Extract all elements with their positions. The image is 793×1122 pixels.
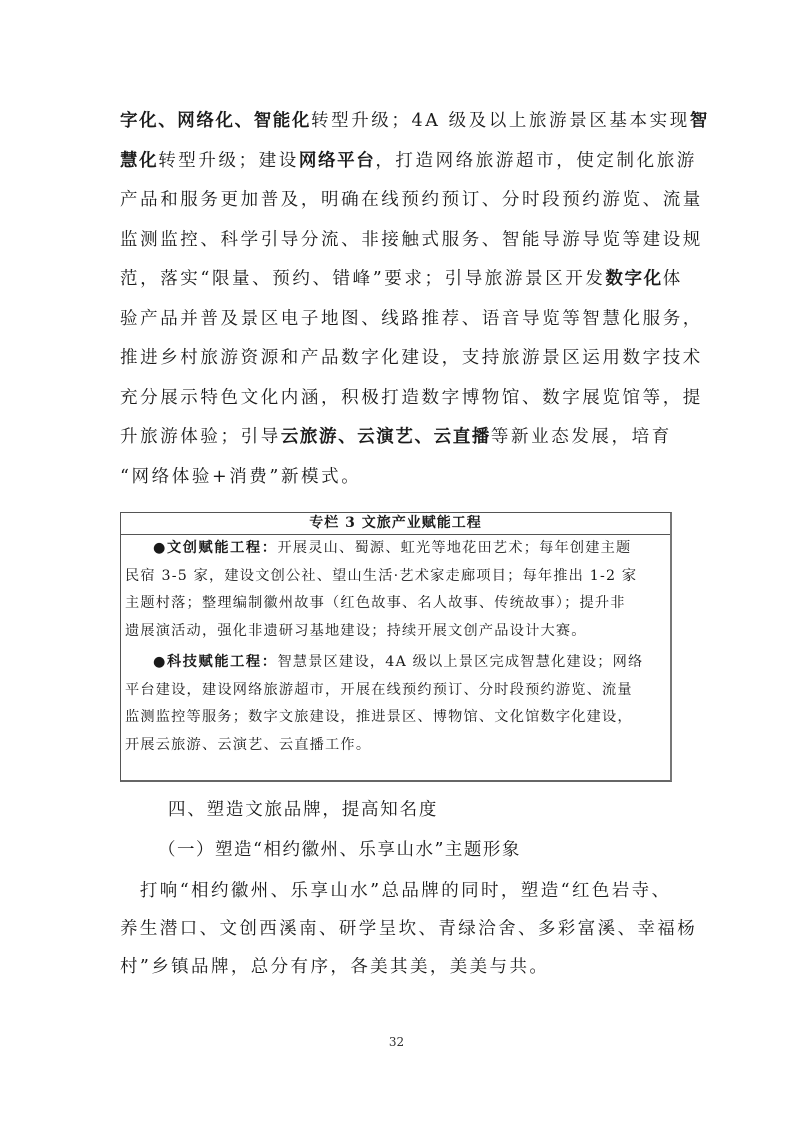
paragraph-line: 范，落实“限量、预约、错峰”要求；引导旅游景区开发数字化体 — [120, 260, 680, 300]
subsection-heading: （一）塑造“相约徽州、乐享山水”主题形象 — [158, 835, 521, 865]
paragraph-line: 充分展示特色文化内涵，积极打造数字博物馆、数字展览馆等，提 — [120, 379, 680, 419]
paragraph-brand: 打响“相约徽州、乐享山水”总品牌的同时，塑造“红色岩寺、 养生潜口、文创西溪南、… — [120, 872, 690, 986]
paragraph-line: 字化、网络化、智能化转型升级；4A 级及以上旅游景区基本实现智 — [120, 102, 680, 142]
emphasis-text: 数字化 — [605, 269, 662, 289]
body-text: “网络体验+消费”新模式。 — [120, 467, 361, 487]
paragraph-line: 养生潜口、文创西溪南、研学呈坎、青绿洽舍、多彩富溪、幸福杨 — [120, 910, 690, 948]
emphasis-text: 慧化 — [120, 151, 158, 171]
box-item-line: 主题村落；整理编制徽州故事（红色故事、名人故事、传统故事）；提升非 — [125, 590, 666, 618]
paragraph-line: “网络体验+消费”新模式。 — [120, 458, 680, 498]
box-item-line: 遗展演活动，强化非遗研习基地建设；持续开展文创产品设计大赛。 — [125, 618, 666, 646]
section-heading: 四、塑造文旅品牌，提高知名度 — [168, 795, 438, 825]
box-item-line: 民宿 3-5 家，建设文创公社、望山生活·艺术家走廊项目；每年推出 1-2 家 — [125, 563, 666, 591]
box-item-line: ●科技赋能工程：智慧景区建设，4A 级以上景区完成智慧化建设；网络 — [125, 649, 666, 677]
body-text: 推进乡村旅游资源和产品数字化建设，支持旅游景区运用数字技术 — [120, 348, 703, 368]
page-number: 32 — [0, 1035, 793, 1049]
body-text: 体 — [663, 269, 683, 289]
emphasis-text: 网络平台 — [299, 151, 375, 171]
body-text: 等新业态发展，培育 — [491, 427, 672, 447]
body-text: 范，落实“限量、预约、错峰”要求；引导旅游景区开发 — [120, 269, 605, 289]
box-item-line: 开展云旅游、云演艺、云直播工作。 — [125, 732, 666, 760]
body-text: 转型升级；建设 — [158, 151, 299, 171]
paragraph-line: 慧化转型升级；建设网络平台，打造网络旅游超市，使定制化旅游 — [120, 142, 680, 182]
box-title: 专栏 3 文旅产业赋能工程 — [121, 513, 670, 535]
paragraph-line: 打响“相约徽州、乐享山水”总品牌的同时，塑造“红色岩寺、 — [120, 872, 690, 910]
document-page: 字化、网络化、智能化转型升级；4A 级及以上旅游景区基本实现智慧化转型升级；建设… — [0, 0, 793, 1122]
body-text: 充分展示特色文化内涵，积极打造数字博物馆、数字展览馆等，提 — [120, 388, 703, 408]
emphasis-text: 字化、网络化、智能化 — [120, 111, 311, 131]
body-text: 转型升级；4A 级及以上旅游景区基本实现 — [311, 111, 690, 131]
box-item-line: ●文创赋能工程：开展灵山、蜀源、虹光等地花田艺术；每年创建主题 — [125, 535, 666, 563]
body-text: 验产品并普及景区电子地图、线路推荐、语音导览等智慧化服务， — [120, 309, 703, 329]
body-text: 升旅游体验；引导 — [120, 427, 281, 447]
emphasis-text: 云旅游、云演艺、云直播 — [281, 427, 491, 447]
paragraph-line: 村”乡镇品牌，总分有序，各美其美，美美与共。 — [120, 948, 690, 986]
paragraph-line: 验产品并普及景区电子地图、线路推荐、语音导览等智慧化服务， — [120, 300, 680, 340]
box-item-cultural-creative: ●文创赋能工程：开展灵山、蜀源、虹光等地花田艺术；每年创建主题 民宿 3-5 家… — [125, 535, 666, 645]
box-body: ●文创赋能工程：开展灵山、蜀源、虹光等地花田艺术；每年创建主题 民宿 3-5 家… — [121, 535, 670, 759]
body-text: ，打造网络旅游超市，使定制化旅游 — [375, 151, 697, 171]
paragraph-line: 升旅游体验；引导云旅游、云演艺、云直播等新业态发展，培育 — [120, 418, 680, 458]
box-item-line: 平台建设，建设网络旅游超市，开展在线预约预订、分时段预约游览、流量 — [125, 677, 666, 705]
box-item-line: 监测监控等服务；数字文旅建设，推进景区、博物馆、文化馆数字化建设， — [125, 704, 666, 732]
box-item-technology: ●科技赋能工程：智慧景区建设，4A 级以上景区完成智慧化建设；网络 平台建设，建… — [125, 649, 666, 759]
paragraph-line: 推进乡村旅游资源和产品数字化建设，支持旅游景区运用数字技术 — [120, 339, 680, 379]
paragraph-digital-tourism: 字化、网络化、智能化转型升级；4A 级及以上旅游景区基本实现智慧化转型升级；建设… — [120, 102, 680, 497]
emphasis-text: 智 — [690, 111, 709, 131]
column-box-culture-tourism-empowerment: 专栏 3 文旅产业赋能工程 ●文创赋能工程：开展灵山、蜀源、虹光等地花田艺术；每… — [120, 512, 672, 782]
box-item-label: ●科技赋能工程： — [153, 654, 278, 670]
box-item-label: ●文创赋能工程： — [153, 540, 278, 556]
body-text: 产品和服务更加普及，明确在线预约预订、分时段预约游览、流量 — [120, 190, 703, 210]
body-text: 监测监控、科学引导分流、非接触式服务、智能导游导览等建设规 — [120, 230, 703, 250]
paragraph-line: 产品和服务更加普及，明确在线预约预订、分时段预约游览、流量 — [120, 181, 680, 221]
paragraph-line: 监测监控、科学引导分流、非接触式服务、智能导游导览等建设规 — [120, 221, 680, 261]
